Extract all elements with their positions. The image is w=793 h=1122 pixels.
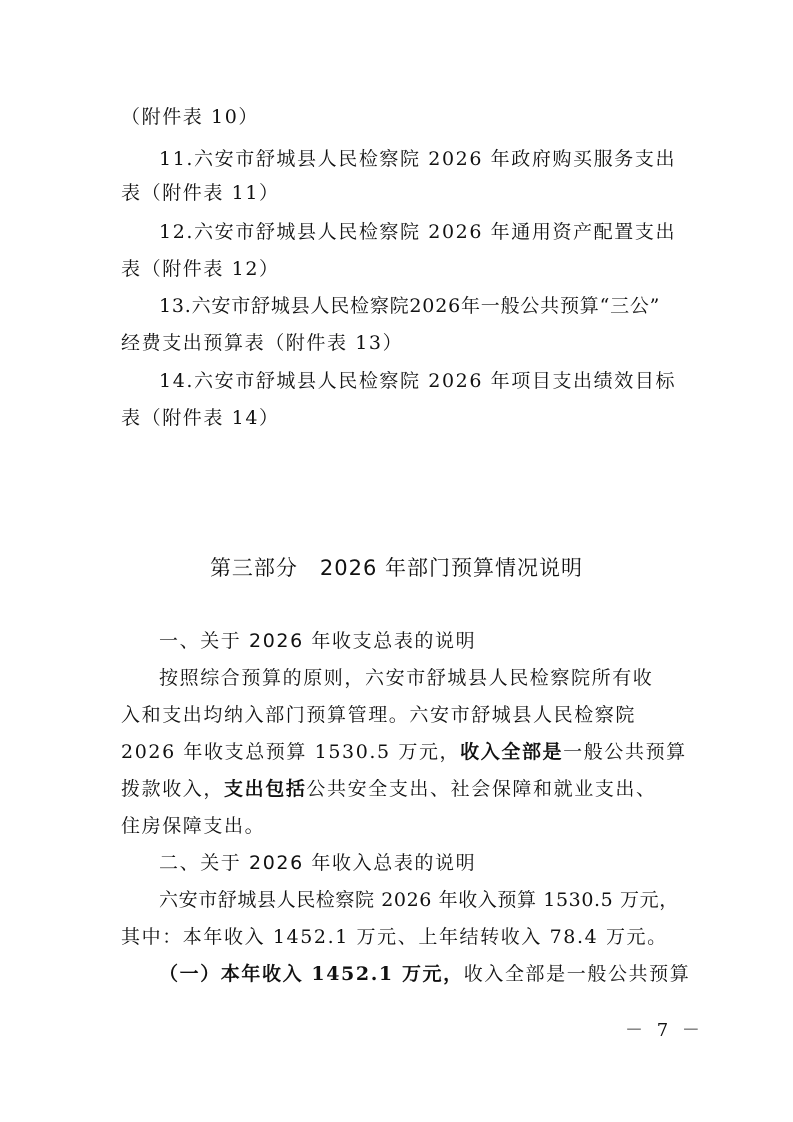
emphasis-text: （一）本年收入 1452.1 万元， (159, 963, 464, 985)
list-item-14: 14.六安市舒城县人民检察院 2026 年项目支出绩效目标 (159, 369, 676, 393)
text-span: 2026 年收支总预算 1530.5 万元， (121, 741, 460, 763)
paragraph-line: 按照综合预算的原则，六安市舒城县人民检察院所有收 (159, 666, 653, 690)
paragraph-line: 拨款收入，支出包括公共安全支出、社会保障和就业支出、 (121, 777, 657, 801)
list-item-13-cont: 经费支出预算表（附件表 13） (121, 331, 403, 355)
list-item-13: 13.六安市舒城县人民检察院2026年一般公共预算“三公” (159, 294, 660, 318)
paragraph-line: 入和支出均纳入部门预算管理。六安市舒城县人民检察院 (121, 703, 636, 727)
list-item-14-cont: 表（附件表 14） (121, 406, 280, 430)
section-title: 第三部分 2026 年部门预算情况说明 (0, 554, 793, 582)
emphasis-text: 支出包括 (224, 778, 306, 800)
text-span: 收入全部是一般公共预算 (464, 963, 691, 985)
list-item-12: 12.六安市舒城县人民检察院 2026 年通用资产配置支出 (159, 220, 676, 244)
paragraph-line: （一）本年收入 1452.1 万元，收入全部是一般公共预算 (159, 962, 690, 986)
paragraph-line: 住房保障支出。 (121, 814, 265, 838)
paragraph-line: 六安市舒城县人民检察院 2026 年收入预算 1530.5 万元， (159, 888, 679, 912)
paragraph-line: 其中：本年收入 1452.1 万元、上年结转收入 78.4 万元。 (121, 925, 668, 949)
part2-heading: 二、关于 2026 年收入总表的说明 (159, 851, 476, 875)
list-item-12-cont: 表（附件表 12） (121, 257, 280, 281)
text-span: 公共安全支出、社会保障和就业支出、 (306, 778, 656, 800)
list-item-11-cont: 表（附件表 11） (121, 181, 280, 205)
page-number: － 7 － (625, 1016, 704, 1042)
list-item-11: 11.六安市舒城县人民检察院 2026 年政府购买服务支出 (159, 147, 676, 171)
text-span: 一般公共预算 (563, 741, 687, 763)
part1-heading: 一、关于 2026 年收支总表的说明 (159, 629, 476, 653)
list-line: （附件表 10） (121, 105, 259, 129)
emphasis-text: 收入全部是 (460, 741, 563, 763)
text-span: 拨款收入， (121, 778, 224, 800)
paragraph-line: 2026 年收支总预算 1530.5 万元，收入全部是一般公共预算 (121, 740, 687, 764)
